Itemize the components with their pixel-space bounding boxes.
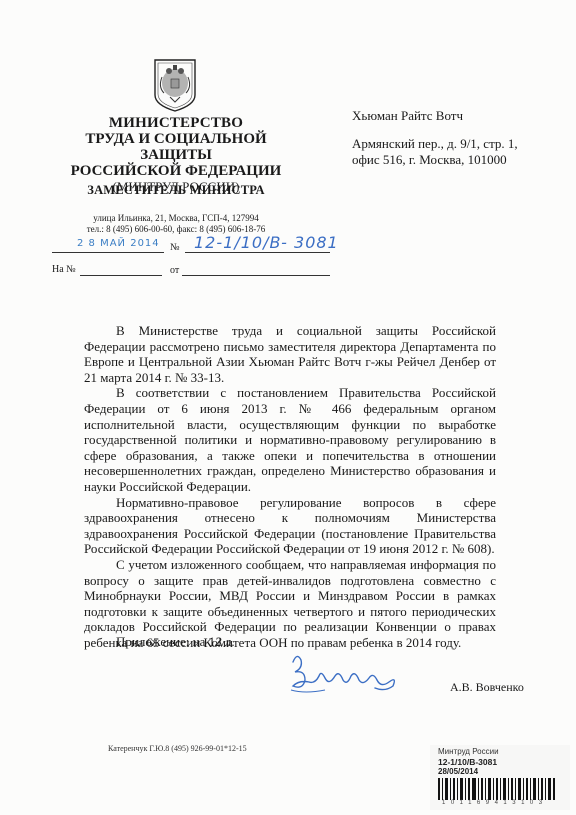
sender-position: ЗАМЕСТИТЕЛЬ МИНИСТРА [56,183,296,198]
barcode-icon [438,778,556,800]
recipient-address-line-2: офис 516, г. Москва, 101000 [352,152,518,168]
sender-address: улица Ильинка, 21, Москва, ГСП-4, 127994… [56,213,296,235]
ministry-line-1: МИНИСТЕРСТВО [56,115,296,131]
body-paragraph: В Министерстве труда и социальной защиты… [84,323,496,385]
reference-line: На № от [52,264,342,280]
recipient-address-line-1: Армянский пер., д. 9/1, стр. 1, [352,136,518,152]
ministry-line-3: РОССИЙСКОЙ ФЕДЕРАЦИИ [56,163,296,179]
coat-of-arms-icon [152,57,198,113]
body-paragraph: В соответствии с постановлением Правител… [84,385,496,494]
recipient-block: Хьюман Райтс Вотч Армянский пер., д. 9/1… [352,108,518,168]
date-underline [52,252,164,253]
ref-date-underline [182,275,330,276]
stamp-date: 28/05/2014 [438,767,478,776]
stamp-number: 12-1/10/В-3081 [438,757,497,767]
recipient-name: Хьюман Райтс Вотч [352,108,518,124]
number-underline [185,252,330,253]
number-label: № [170,242,180,253]
registration-barcode-stamp: Минтруд России 12-1/10/В-3081 28/05/2014… [430,745,570,810]
signer-name: А.В. Вовченко [450,680,524,695]
attachment-prefix: Приложение: на 1 [116,634,215,649]
body-paragraph: Нормативно-правовое регулирование вопрос… [84,495,496,557]
attachment-note: Приложение: на 12 л. [116,634,235,650]
attachment-suffix: л. [222,634,235,649]
barcode-digits: 101169413103 [442,800,548,806]
letter-page: МИНИСТЕРСТВО ТРУДА И СОЦИАЛЬНОЙ ЗАЩИТЫ Р… [0,0,576,815]
registration-line: 2 8 МАЙ 2014 № 12-1/10/B- 3081 [52,238,342,256]
ref-number-label: На № [52,264,76,275]
ref-number-underline [80,275,162,276]
ref-from-label: от [170,265,179,276]
signature-icon [285,650,410,695]
executor-contact: Катеренчук Г.Ю.8 (495) 926-99-01*12-15 [108,744,247,753]
letter-body: В Министерстве труда и социальной защиты… [84,323,496,650]
handwritten-outgoing-number: 12-1/10/B- 3081 [194,233,339,252]
ministry-line-2: ТРУДА И СОЦИАЛЬНОЙ ЗАЩИТЫ [56,131,296,163]
sender-address-street: улица Ильинка, 21, Москва, ГСП-4, 127994 [56,213,296,224]
stamp-org: Минтруд России [438,747,499,756]
date-stamp: 2 8 МАЙ 2014 [77,238,160,249]
